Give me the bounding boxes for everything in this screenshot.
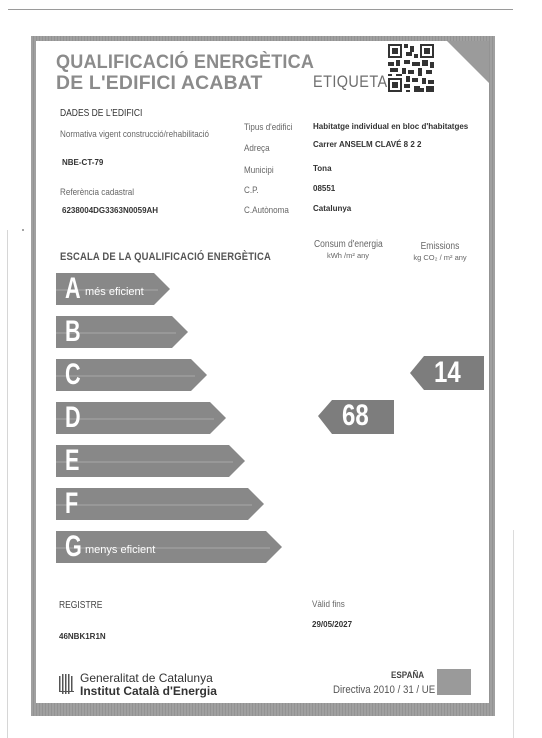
building-type-label: Tipus d'edifici: [244, 122, 292, 133]
consumption-title: Consum d'energia: [314, 239, 382, 250]
rating-letter: F: [65, 487, 78, 521]
qr-code-icon[interactable]: [388, 44, 434, 92]
address-value: Carrer ANSELM CLAVÉ 8 2 2: [313, 140, 421, 149]
valid-until-label: Vàlid fins: [312, 599, 345, 610]
emissions-unit: kg CO₂ / m² any: [400, 253, 480, 262]
generalitat-name: Generalitat de Catalunya: [80, 671, 213, 685]
postal-code-value: 08551: [313, 184, 335, 193]
emissions-indicator: 14: [410, 355, 484, 389]
stamp-box: [437, 669, 471, 695]
cadastral-label: Referència cadastral: [60, 187, 134, 198]
rating-bar-f: F: [56, 487, 264, 521]
institute-name: Institut Català d'Energia: [80, 684, 217, 698]
region-label: C.Autònoma: [244, 205, 289, 216]
regulation-label: Normativa vigent construcció/rehabilitac…: [60, 129, 209, 140]
regulation-value: NBE-CT-79: [62, 158, 103, 167]
consumption-indicator: 68: [318, 398, 394, 432]
registry-label: REGISTRE: [59, 600, 102, 611]
rating-letter: A: [65, 272, 81, 306]
rating-letter: E: [65, 444, 79, 478]
rating-description: menys eficient: [85, 544, 155, 556]
generalitat-logo-icon: [59, 674, 74, 694]
rating-bar-c: C: [56, 358, 207, 392]
rating-bar-e: E: [56, 444, 245, 478]
emissions-title: Emissions: [406, 241, 474, 252]
rating-bar-a: Amés eficient: [56, 272, 170, 306]
certificate-subtitle: DE L'EDIFICI ACABAT: [56, 73, 263, 95]
consumption-header: Consum d'energia kWh /m² any: [308, 239, 388, 260]
consumption-unit: kWh /m² any: [308, 251, 388, 260]
scan-edge-top: [8, 9, 513, 10]
rating-letter: G: [65, 530, 82, 564]
label-type: ETIQUETA: [313, 72, 388, 92]
scan-edge-right: [513, 530, 514, 738]
cadastral-value: 6238004DG3363N0059AH: [62, 206, 158, 215]
rating-bar-g: Gmenys eficient: [56, 530, 282, 564]
rating-letter: D: [65, 401, 81, 435]
rating-letter: B: [65, 315, 81, 349]
emissions-value: 14: [434, 355, 461, 391]
rating-letter: C: [65, 358, 81, 392]
building-data-heading: DADES DE L'EDIFICI: [60, 108, 142, 119]
emissions-header: Emissions kg CO₂ / m² any: [400, 241, 480, 262]
country-label: ESPAÑA: [391, 670, 424, 680]
address-label: Adreça: [244, 143, 270, 154]
scan-speck: [22, 229, 24, 231]
corner-cut-decoration: [447, 41, 489, 83]
region-value: Catalunya: [313, 204, 351, 213]
rating-bar-d: D: [56, 401, 226, 435]
building-type-value: Habitatge individual en bloc d'habitatge…: [313, 122, 468, 131]
municipality-value: Tona: [313, 164, 332, 173]
rating-bar-b: B: [56, 315, 188, 349]
certificate-title: QUALIFICACIÓ ENERGÈTICA: [56, 52, 314, 74]
postal-code-label: C.P.: [244, 185, 259, 196]
valid-until-value: 29/05/2027: [312, 620, 352, 629]
registry-value: 46NBK1R1N: [59, 632, 106, 641]
directive-label: Directiva 2010 / 31 / UE: [333, 684, 435, 696]
scan-edge-left: [7, 230, 8, 738]
rating-description: més eficient: [85, 286, 144, 298]
rating-scale-heading: ESCALA DE LA QUALIFICACIÓ ENERGÈTICA: [60, 251, 271, 263]
consumption-value: 68: [342, 398, 369, 434]
municipality-label: Municipi: [244, 165, 274, 176]
